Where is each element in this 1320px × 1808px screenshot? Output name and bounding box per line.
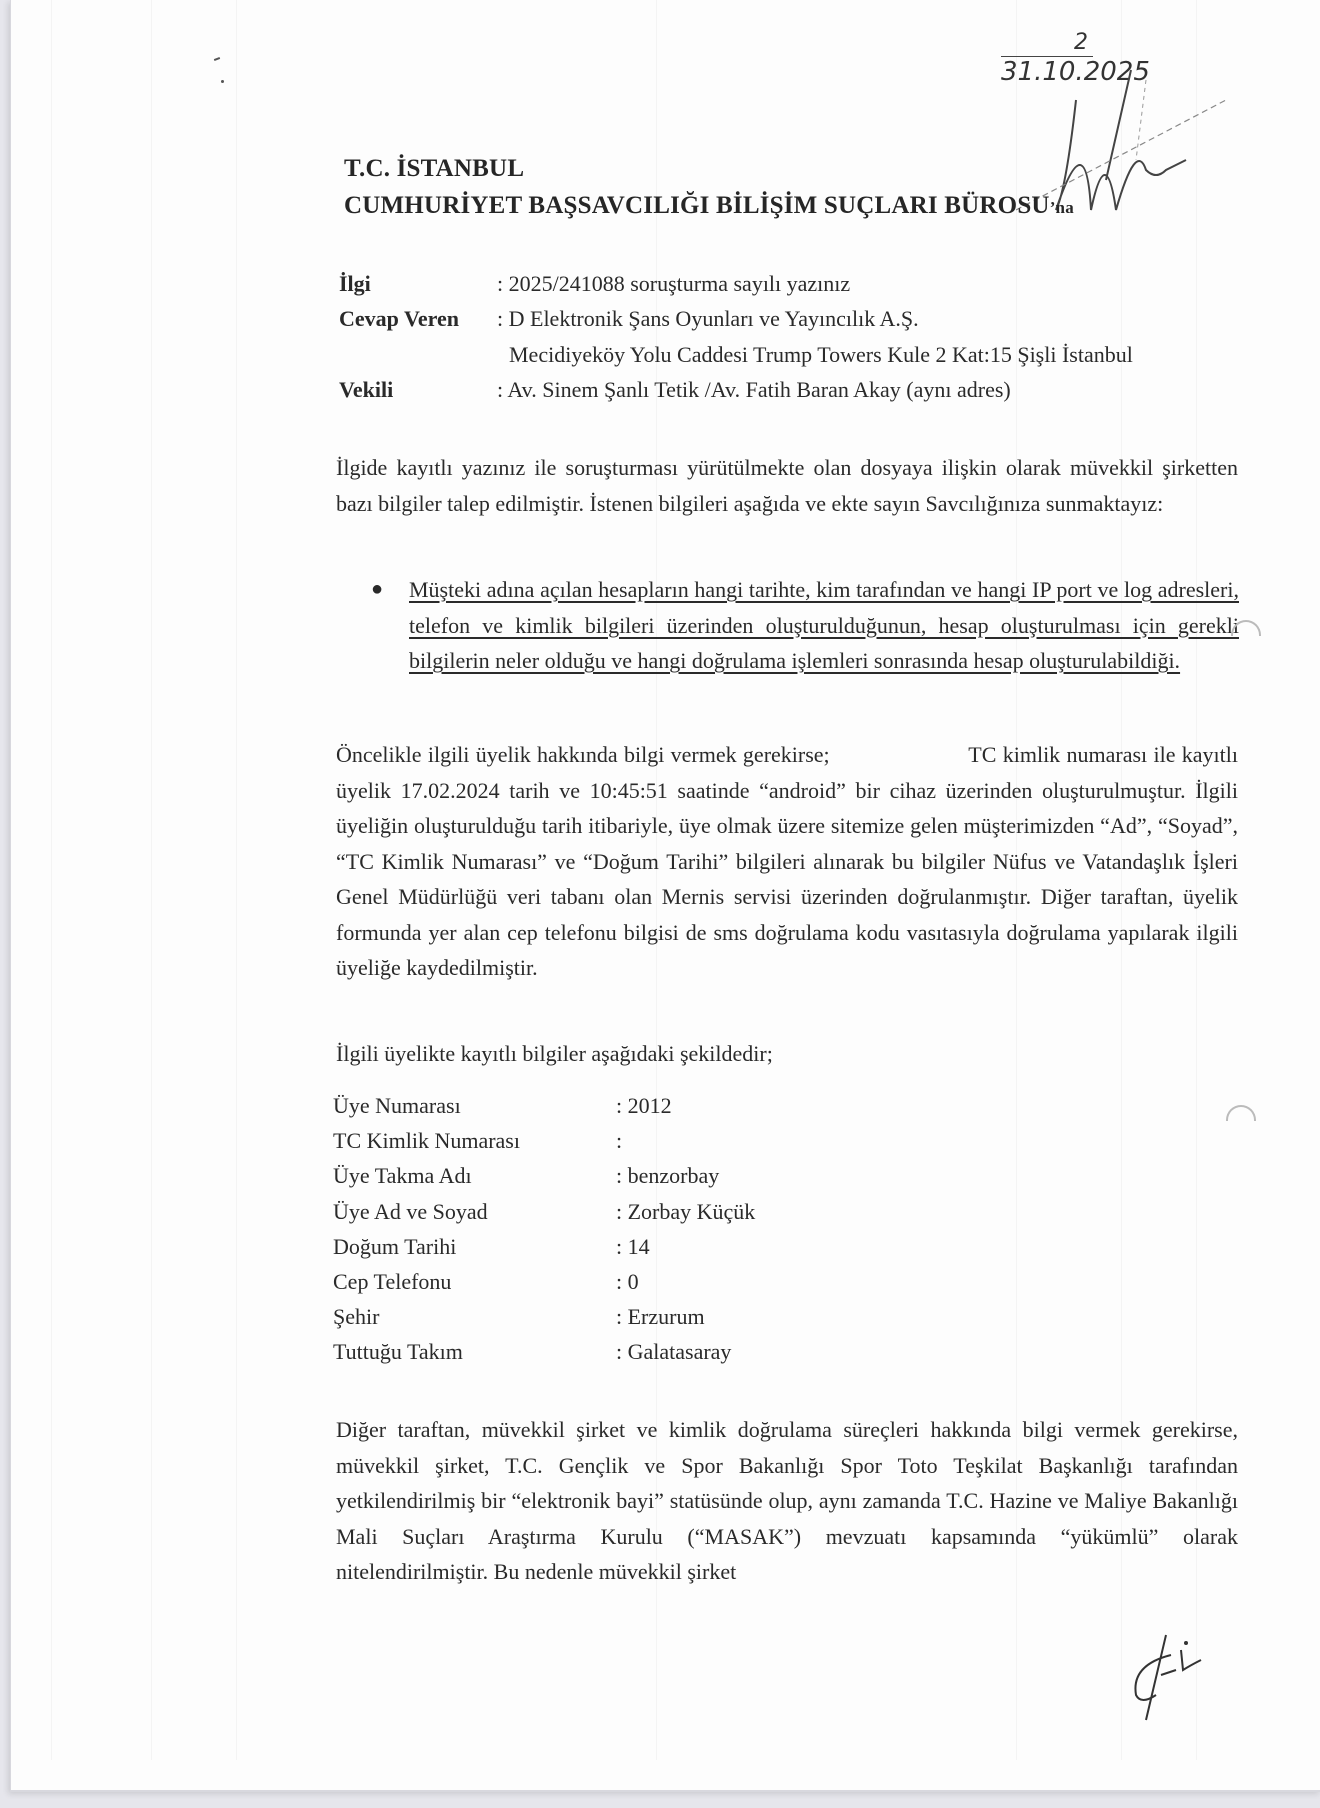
meta-value: : D Elektronik Şans Oyunları ve Yayıncıl… [497,305,919,333]
info-row-birth-date: Doğum Tarihi : 14 [333,1229,755,1264]
scan-artifact [236,0,237,1760]
meta-value: Mecidiyeköy Yolu Caddesi Trump Towers Ku… [509,341,1133,369]
meta-label [339,341,497,369]
meta-row-ilgi: İlgi : 2025/241088 soruşturma sayılı yaz… [339,270,850,298]
info-row-team: Tuttuğu Takım : Galatasaray [333,1334,755,1369]
bullet-icon: ● [371,572,409,679]
addressee-line-2: CUMHURİYET BAŞSAVCILIĞI BİLİŞİM SUÇLARI … [344,192,1074,220]
signature-bottom-icon [1121,1625,1231,1735]
info-label: Tuttuğu Takım [333,1334,616,1369]
info-value: : 0 [616,1264,639,1299]
info-label: Üye Ad ve Soyad [333,1194,616,1229]
info-row-tc-number: TC Kimlik Numarası : [333,1123,755,1158]
info-label: TC Kimlik Numarası [333,1123,616,1158]
info-value: : Zorbay Küçük [616,1194,755,1229]
meta-value: : 2025/241088 soruşturma sayılı yazınız [497,270,850,298]
meta-row-address: Mecidiyeköy Yolu Caddesi Trump Towers Ku… [339,341,1133,369]
handwritten-number: 2 [1001,32,1161,54]
addressee-suffix: ’na [1050,198,1074,217]
info-label: Cep Telefonu [333,1264,616,1299]
meta-label: Vekili [339,376,497,404]
addressee-office: CUMHURİYET BAŞSAVCILIĞI BİLİŞİM SUÇLARI … [344,192,1050,219]
scan-artifact [51,0,52,1760]
info-row-full-name: Üye Ad ve Soyad : Zorbay Küçük [333,1194,755,1229]
addressee-line-1: T.C. İSTANBUL [344,155,524,183]
request-bullet-text: Müşteki adına açılan hesapların hangi ta… [409,572,1239,679]
info-label: Doğum Tarihi [333,1229,616,1264]
document-page: 2 31.10.2025 T.C. İSTANBUL CUMHURİYET BA… [10,0,1320,1792]
info-value: : Galatasaray [616,1334,731,1369]
member-info-table: Üye Numarası : 2012 TC Kimlik Numarası :… [333,1088,755,1370]
info-row-member-number: Üye Numarası : 2012 [333,1088,755,1123]
info-row-nickname: Üye Takma Adı : benzorbay [333,1158,755,1193]
info-row-city: Şehir : Erzurum [333,1299,755,1334]
closing-paragraph: Diğer taraftan, müvekkil şirket ve kimli… [336,1412,1238,1590]
info-value: : [616,1123,622,1158]
info-value: : benzorbay [616,1158,719,1193]
request-bullet: ● Müşteki adına açılan hesapların hangi … [371,572,1239,679]
meta-label: Cevap Veren [339,305,497,333]
info-label: Şehir [333,1299,616,1334]
meta-label: İlgi [339,270,497,298]
intro-paragraph: İlgide kayıtlı yazınız ile soruşturması … [336,450,1238,521]
scan-speck [214,57,220,61]
info-value: : 2012 [616,1088,672,1123]
meta-row-responder: Cevap Veren : D Elektronik Şans Oyunları… [339,305,919,333]
info-label: Üye Takma Adı [333,1158,616,1193]
membership-paragraph: Öncelikle ilgili üyelik hakkında bilgi v… [336,737,1238,986]
info-value: : Erzurum [616,1299,705,1334]
info-label: Üye Numarası [333,1088,616,1123]
meta-row-attorney: Vekili : Av. Sinem Şanlı Tetik /Av. Fati… [339,376,1011,404]
info-row-mobile: Cep Telefonu : 0 [333,1264,755,1299]
scan-artifact [151,0,152,1760]
scan-speck [221,80,224,83]
meta-value: : Av. Sinem Şanlı Tetik /Av. Fatih Baran… [497,376,1011,404]
records-intro: İlgili üyelikte kayıtlı bilgiler aşağıda… [336,1036,1238,1072]
scan-artifact-curl [1226,1105,1256,1121]
info-value: : 14 [616,1229,650,1264]
